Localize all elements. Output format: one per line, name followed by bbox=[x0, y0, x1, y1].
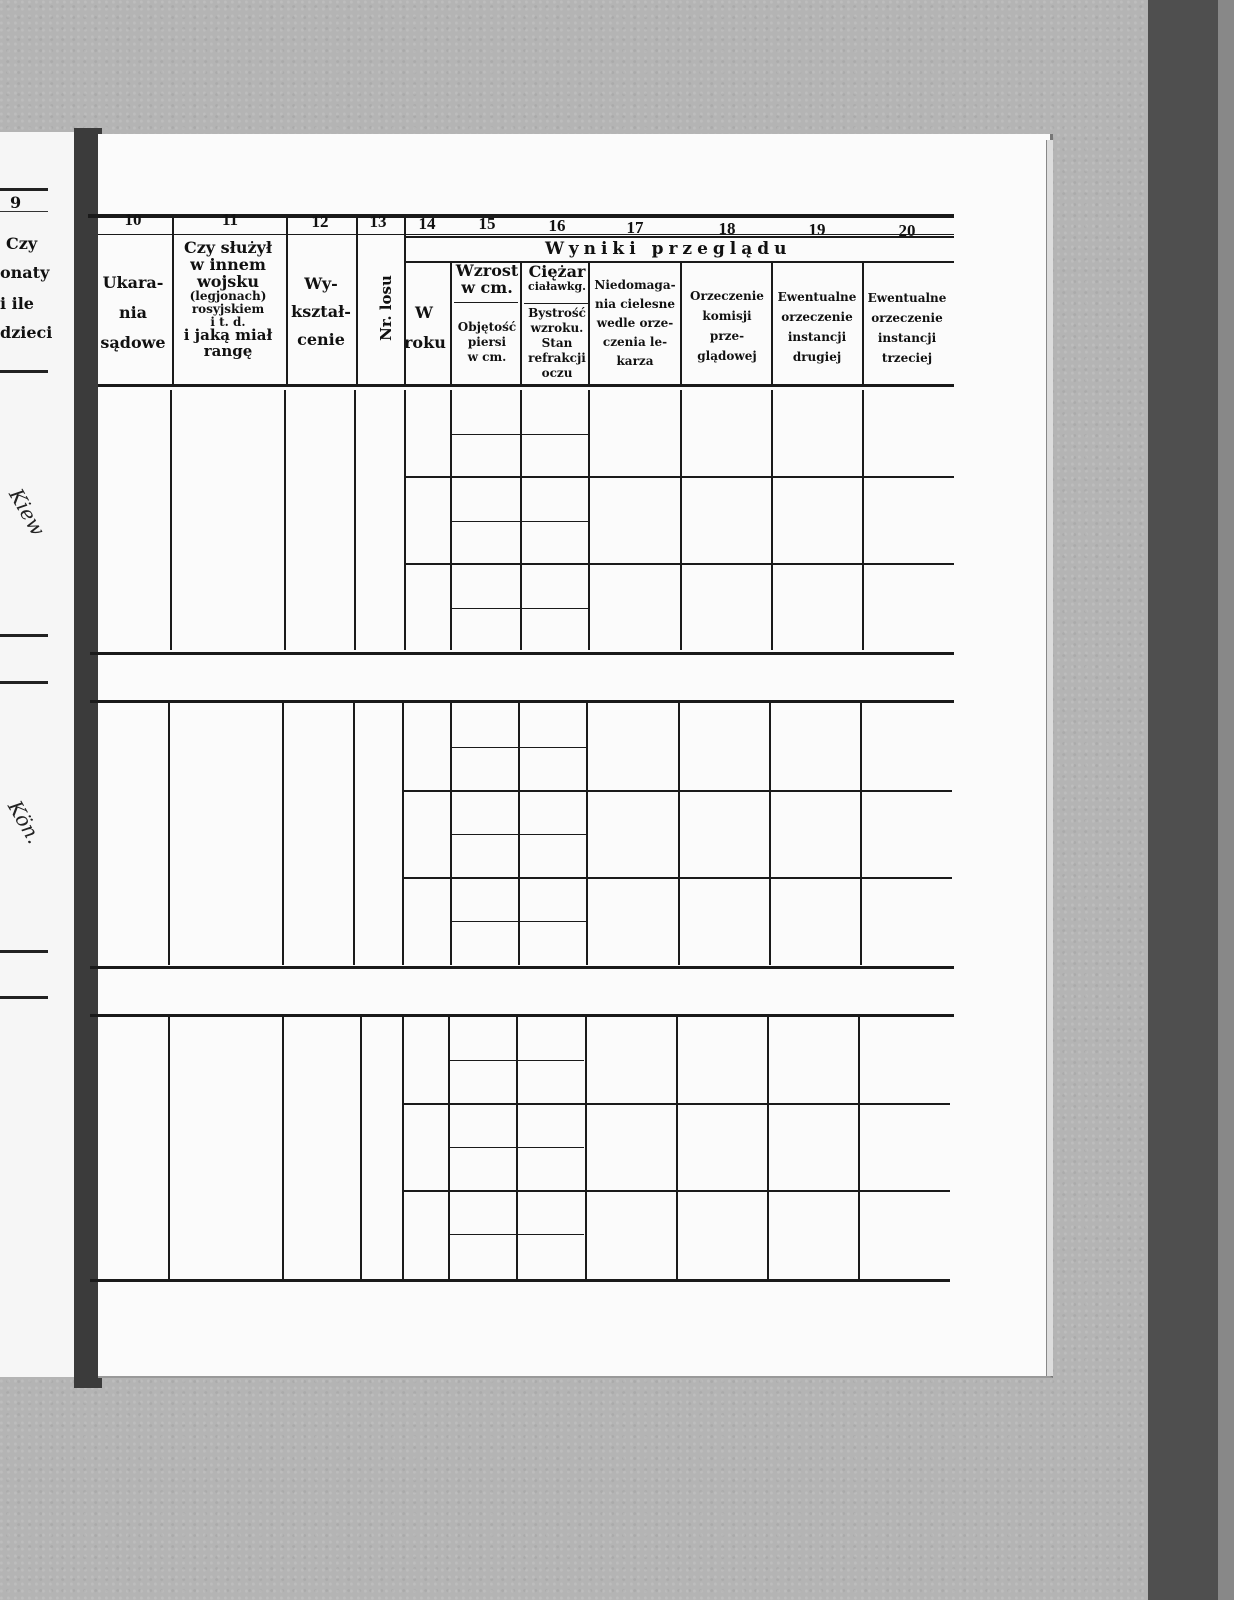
header-c16-top: Ciężar ciaławkg. bbox=[522, 264, 592, 292]
header-line: ciaławkg. bbox=[522, 281, 592, 293]
header-line: Orzeczenie bbox=[682, 286, 772, 306]
column-divider bbox=[172, 214, 174, 384]
column-divider bbox=[448, 1017, 450, 1279]
column-divider bbox=[284, 390, 286, 650]
header-c14: W roku bbox=[404, 298, 444, 358]
header-line: Ewentualne bbox=[772, 287, 862, 307]
column-divider bbox=[680, 390, 682, 650]
block-separator bbox=[90, 1014, 954, 1017]
left-rule bbox=[0, 188, 48, 191]
left-header-line: i ile bbox=[0, 294, 34, 313]
column-divider bbox=[680, 262, 682, 386]
header-line: Niedomaga- bbox=[590, 276, 680, 295]
header-line: Nr. losu bbox=[377, 275, 395, 341]
header-c13: Nr. losu bbox=[366, 268, 406, 348]
column-divider bbox=[585, 1017, 587, 1279]
subrow-rule bbox=[452, 608, 588, 609]
column-divider bbox=[286, 214, 288, 384]
header-line: instancji bbox=[772, 327, 862, 347]
header-line: Ukara- bbox=[98, 268, 168, 298]
column-divider bbox=[356, 214, 358, 384]
column-divider bbox=[516, 1017, 518, 1279]
left-column-number: 9 bbox=[10, 193, 21, 212]
column-number: 10 bbox=[98, 210, 168, 230]
scanner-edge bbox=[1218, 0, 1234, 1600]
header-line: cenie bbox=[290, 326, 352, 354]
header-c10: Ukara- nia sądowe bbox=[98, 268, 168, 358]
column-number: 15 bbox=[452, 214, 522, 234]
left-rule bbox=[0, 211, 48, 212]
left-header-line: onaty bbox=[0, 263, 49, 282]
header-c17: Niedomaga- nia cielesne wedle orze- czen… bbox=[590, 276, 680, 371]
header-line: piersi bbox=[452, 335, 522, 350]
subcell-rule bbox=[454, 302, 518, 303]
header-line: wedle orze- bbox=[590, 314, 680, 333]
column-divider bbox=[404, 390, 406, 650]
header-line: komisji bbox=[682, 306, 772, 326]
header-line: Ewentualne bbox=[862, 288, 952, 308]
header-line: rosyjskiem bbox=[172, 303, 284, 316]
header-line: Bystrość bbox=[522, 306, 592, 321]
header-line: instancji bbox=[862, 328, 952, 348]
column-divider bbox=[404, 216, 406, 386]
column-divider bbox=[520, 390, 522, 650]
row-rule bbox=[404, 1190, 950, 1192]
column-divider bbox=[282, 1017, 284, 1279]
header-c15-top: Wzrost w cm. bbox=[452, 263, 522, 297]
header-line: rangę bbox=[172, 344, 284, 360]
subrow-rule bbox=[450, 1147, 584, 1148]
row-rule bbox=[404, 1103, 950, 1105]
column-divider bbox=[771, 262, 773, 386]
header-bottom-rule bbox=[98, 384, 954, 387]
row-rule bbox=[406, 563, 954, 565]
column-divider bbox=[354, 390, 356, 650]
column-divider bbox=[282, 703, 284, 965]
header-line: prze- bbox=[682, 326, 772, 346]
column-divider bbox=[450, 262, 452, 386]
header-c16-bottom: Bystrość wzroku. Stan refrakcji oczu bbox=[522, 306, 592, 381]
column-number: 11 bbox=[175, 210, 285, 230]
header-c15-bottom: Objętość piersi w cm. bbox=[452, 320, 522, 365]
column-divider bbox=[168, 1017, 170, 1279]
header-line: W bbox=[404, 298, 444, 328]
header-c19: Ewentualne orzeczenie instancji drugiej bbox=[772, 287, 862, 367]
header-line: refrakcji bbox=[522, 351, 592, 366]
row-rule bbox=[404, 790, 952, 792]
left-rule bbox=[0, 370, 48, 373]
subcell-rule bbox=[524, 303, 588, 304]
subrow-rule bbox=[450, 1060, 584, 1061]
column-divider bbox=[170, 390, 172, 650]
left-rule bbox=[0, 950, 48, 953]
number-rule bbox=[98, 234, 954, 235]
column-number: 20 bbox=[862, 221, 952, 241]
header-line: czenia le- bbox=[590, 333, 680, 352]
block-separator bbox=[90, 700, 954, 703]
subrow-rule bbox=[450, 1234, 584, 1235]
column-divider bbox=[771, 390, 773, 650]
group-rule bbox=[406, 236, 954, 238]
row-rule bbox=[406, 476, 954, 478]
scanner-shadow-band bbox=[1148, 0, 1218, 1600]
header-line: Stan bbox=[522, 336, 592, 351]
header-line: kształ- bbox=[290, 298, 352, 326]
block-separator bbox=[90, 652, 954, 655]
column-divider bbox=[168, 703, 170, 965]
column-divider bbox=[676, 1017, 678, 1279]
header-line: nia bbox=[98, 298, 168, 328]
column-divider bbox=[862, 390, 864, 650]
table-bottom-rule bbox=[90, 1279, 950, 1282]
left-rule bbox=[0, 634, 48, 637]
column-number: 12 bbox=[290, 212, 350, 232]
header-line: drugiej bbox=[772, 347, 862, 367]
header-line: roku bbox=[404, 328, 444, 358]
column-divider bbox=[586, 703, 588, 965]
header-line: oczu bbox=[522, 366, 592, 381]
column-divider bbox=[588, 390, 590, 650]
header-line: trzeciej bbox=[862, 348, 952, 368]
column-divider bbox=[678, 703, 680, 965]
column-divider bbox=[450, 390, 452, 650]
subrow-rule bbox=[452, 521, 588, 522]
left-page-fragment bbox=[0, 132, 78, 1377]
column-number: 16 bbox=[522, 216, 592, 236]
header-line: wzroku. bbox=[522, 321, 592, 336]
header-line: w cm. bbox=[452, 350, 522, 365]
header-line: Wy- bbox=[290, 270, 352, 298]
column-number: 13 bbox=[358, 212, 398, 232]
header-line: orzeczenie bbox=[772, 307, 862, 327]
header-line: nia cielesne bbox=[590, 295, 680, 314]
column-divider bbox=[858, 1017, 860, 1279]
row-rule bbox=[404, 877, 952, 879]
subrow-rule bbox=[452, 834, 586, 835]
header-line: Objętość bbox=[452, 320, 522, 335]
subrow-rule bbox=[452, 434, 588, 435]
column-divider bbox=[860, 703, 862, 965]
column-divider bbox=[767, 1017, 769, 1279]
left-header-line: Czy bbox=[6, 234, 37, 253]
header-line: w cm. bbox=[452, 280, 522, 297]
column-number: 14 bbox=[407, 214, 447, 234]
column-number: 17 bbox=[590, 218, 680, 238]
header-c12: Wy- kształ- cenie bbox=[290, 270, 352, 354]
column-divider bbox=[360, 1017, 362, 1279]
header-c11: Czy służył w innem wojsku (legjonach) ro… bbox=[172, 240, 284, 360]
column-divider bbox=[402, 1017, 404, 1279]
header-line: wojsku bbox=[172, 274, 284, 291]
header-c20: Ewentualne orzeczenie instancji trzeciej bbox=[862, 288, 952, 368]
column-divider bbox=[769, 703, 771, 965]
header-line: karza bbox=[590, 352, 680, 371]
left-rule bbox=[0, 996, 48, 999]
subrow-rule bbox=[452, 747, 586, 748]
column-divider bbox=[402, 703, 404, 965]
column-divider bbox=[520, 262, 522, 386]
page-edge bbox=[1046, 140, 1053, 1376]
column-divider bbox=[588, 262, 590, 386]
left-header-line: dzieci bbox=[0, 323, 52, 342]
header-line: Ciężar bbox=[522, 264, 592, 281]
header-line: glądowej bbox=[682, 346, 772, 366]
header-c18: Orzeczenie komisji prze- glądowej bbox=[682, 286, 772, 366]
group-header: Wyniki przeglądu bbox=[545, 239, 792, 259]
left-rule bbox=[0, 681, 48, 684]
header-line: orzeczenie bbox=[862, 308, 952, 328]
column-divider bbox=[353, 703, 355, 965]
header-line: sądowe bbox=[98, 328, 168, 358]
column-divider bbox=[862, 262, 864, 386]
subrow-rule bbox=[452, 921, 586, 922]
block-separator bbox=[90, 966, 954, 969]
